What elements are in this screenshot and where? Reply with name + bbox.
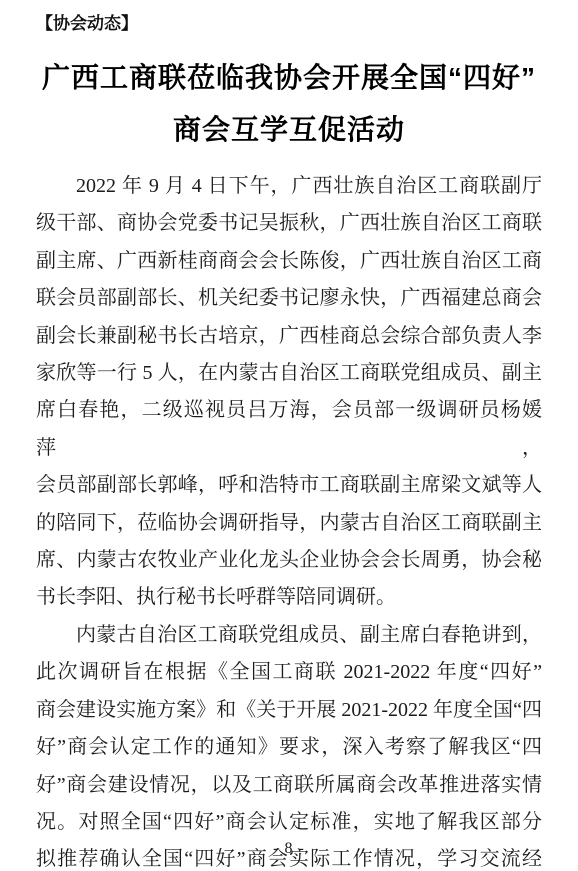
article-title-line2: 商会互学互促活动	[36, 104, 542, 156]
body-text-line: 商会建设实施方案》和《关于开展 2021-2022 年度全国“四	[36, 692, 542, 729]
body-text-line: 内蒙古自治区工商联党组成员、副主席白春艳讲到，	[36, 617, 542, 654]
body-text-line: 家欣等一行 5 人，在内蒙古自治区工商联党组成员、副主	[36, 355, 542, 392]
body-text-line: 联会员部副部长、机关纪委书记廖永快，广西福建总商会	[36, 280, 542, 317]
body-text-line: 的陪同下，莅临协会调研指导，内蒙古自治区工商联副主	[36, 505, 542, 542]
page-number: - 8 -	[273, 840, 305, 857]
body-text-line: 副会长兼副秘书长古培京，广西桂商总会综合部负责人李	[36, 318, 542, 355]
section-tag: 【协会动态】	[36, 12, 542, 36]
body-text-line: 好”商会认定工作的通知》要求，深入考察了解我区“四	[36, 729, 542, 766]
body-text-line: 况。对照全国“四好”商会认定标准，实地了解我区部分	[36, 804, 542, 841]
body-text-line: 好”商会建设情况，以及工商联所属商会改革推进落实情	[36, 767, 542, 804]
body-text-line: 席、内蒙古农牧业产业化龙头企业协会会长周勇，协会秘	[36, 542, 542, 579]
document-page: 【协会动态】 广西工商联莅临我协会开展全国“四好” 商会互学互促活动 2022 …	[0, 0, 578, 871]
article-body: 2022 年 9 月 4 日下午，广西壮族自治区工商联副厅级干部、商协会党委书记…	[36, 168, 542, 871]
article-title-line1: 广西工商联莅临我协会开展全国“四好”	[36, 52, 542, 104]
body-text-line: 席白春艳，二级巡视员吕万海，会员部一级调研员杨媛萍，	[36, 392, 542, 467]
body-text-line: 此次调研旨在根据《全国工商联 2021-2022 年度“四好”	[36, 654, 542, 691]
body-text-line: 2022 年 9 月 4 日下午，广西壮族自治区工商联副厅	[36, 168, 542, 205]
article-title: 广西工商联莅临我协会开展全国“四好” 商会互学互促活动	[36, 52, 542, 156]
body-text-line: 书长李阳、执行秘书长呼群等陪同调研。	[36, 579, 542, 616]
body-text-line: 会员部副部长郭峰，呼和浩特市工商联副主席梁文斌等人	[36, 467, 542, 504]
body-text-line: 副主席、广西新桂商商会会长陈俊，广西壮族自治区工商	[36, 243, 542, 280]
page-footer: - 8 -	[0, 840, 578, 858]
body-text-line: 级干部、商协会党委书记吴振秋，广西壮族自治区工商联	[36, 205, 542, 242]
